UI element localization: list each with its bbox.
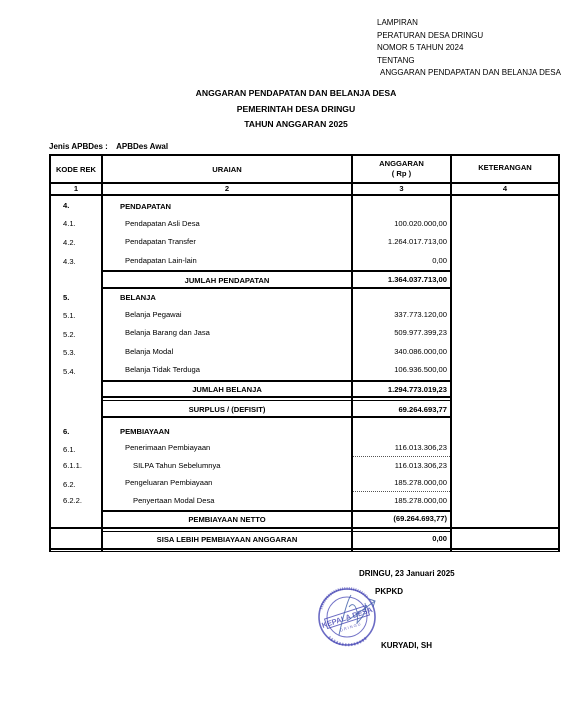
silpa-label: SISA LEBIH PEMBIAYAAN ANGGARAN (103, 535, 351, 545)
item-amount: 185.278.000,00 (353, 478, 447, 488)
attachment-line: TENTANG (377, 55, 561, 68)
code-cell: 5.3. (63, 348, 76, 358)
surplus-amount: 69.264.693,77 (353, 405, 447, 415)
column-number: 4 (452, 184, 558, 194)
item-amount: 340.086.000,00 (353, 347, 447, 357)
item-amount: 337.773.120,00 (353, 310, 447, 320)
item-label: Penyertaan Modal Desa (133, 496, 214, 506)
item-amount: 1.264.017.713,00 (353, 237, 447, 247)
attachment-line: PERATURAN DESA DRINGU (377, 30, 561, 43)
section-heading: PENDAPATAN (120, 202, 171, 212)
surplus-label: SURPLUS / (DEFISIT) (103, 405, 351, 415)
total-label: JUMLAH PENDAPATAN (103, 276, 351, 286)
code-cell: 5.1. (63, 311, 76, 321)
column-number: 2 (103, 184, 351, 194)
code-cell: 4.2. (63, 238, 76, 248)
code-cell: 6.2. (63, 480, 76, 490)
column-divider (101, 154, 103, 552)
header-anggaran: ANGGARAN (353, 159, 450, 169)
dotted-separator (353, 491, 450, 492)
code-cell: 4.1. (63, 219, 76, 229)
code-cell: 6.1.1. (63, 461, 82, 471)
code-cell: 6. (63, 427, 69, 437)
document-title: ANGGARAN PENDAPATAN DAN BELANJA DESA PEM… (0, 86, 582, 133)
item-amount: 116.013.306,23 (353, 443, 447, 453)
signatory-name: KURYADI, SH (381, 641, 432, 650)
section-heading: PEMBIAYAAN (120, 427, 170, 437)
attachment-line: ANGGARAN PENDAPATAN DAN BELANJA DESA (377, 67, 561, 80)
code-cell: 4.3. (63, 257, 76, 267)
attachment-line: LAMPIRAN (377, 17, 561, 30)
row-divider (101, 531, 452, 532)
attachment-header: LAMPIRAN PERATURAN DESA DRINGU NOMOR 5 T… (377, 17, 561, 80)
item-label: Belanja Modal (125, 347, 173, 357)
place-date: DRINGU, 23 Januari 2025 (359, 569, 455, 578)
code-cell: 5.4. (63, 367, 76, 377)
apbdes-type-label: Jenis APBDes : (49, 142, 108, 151)
header-kode: KODE REK (51, 165, 101, 175)
column-number: 3 (353, 184, 450, 194)
section-heading: BELANJA (120, 293, 156, 303)
item-label: SILPA Tahun Sebelumnya (133, 461, 221, 471)
item-amount: 100.020.000,00 (353, 219, 447, 229)
attachment-line: NOMOR 5 TAHUN 2024 (377, 42, 561, 55)
header-keterangan: KETERANGAN (452, 163, 558, 173)
dotted-separator (353, 456, 450, 457)
item-amount: 0,00 (353, 256, 447, 266)
row-divider (49, 527, 560, 529)
table-border (49, 154, 560, 156)
total-amount: 1.294.773.019,23 (353, 385, 447, 395)
signature-block: DRINGU, 23 Januari 2025 PKPKD KURYADI, S… (359, 569, 455, 578)
code-cell: 5. (63, 293, 69, 303)
code-cell: 4. (63, 201, 69, 211)
total-amount: (69.264.693,77) (353, 514, 447, 524)
row-divider (101, 380, 452, 382)
column-number: 1 (51, 184, 101, 194)
row-divider (49, 194, 560, 196)
title-line-3: TAHUN ANGGARAN 2025 (0, 117, 582, 133)
table-border (49, 548, 560, 550)
row-divider (101, 270, 452, 272)
total-amount: 1.364.037.713,00 (353, 275, 447, 285)
code-cell: 6.1. (63, 445, 76, 455)
row-divider (101, 400, 452, 401)
item-label: Belanja Pegawai (125, 310, 182, 320)
apbdes-type-value: APBDes Awal (116, 142, 168, 151)
budget-table: KODE REK URAIAN ANGGARAN ( Rp ) KETERANG… (49, 154, 560, 552)
title-line-1: ANGGARAN PENDAPATAN DAN BELANJA DESA (0, 86, 582, 102)
item-label: Belanja Tidak Terduga (125, 365, 200, 375)
item-label: Pendapatan Lain-lain (125, 256, 197, 266)
title-line-2: PEMERINTAH DESA DRINGU (0, 102, 582, 118)
header-uraian: URAIAN (103, 165, 351, 175)
row-divider (101, 510, 452, 512)
code-cell: 5.2. (63, 330, 76, 340)
signatory-role: PKPKD (375, 587, 403, 596)
item-label: Belanja Barang dan Jasa (125, 328, 210, 338)
item-label: Pengeluaran Pembiayaan (125, 478, 212, 488)
total-label: JUMLAH BELANJA (103, 385, 351, 395)
item-amount: 509.977.399,23 (353, 328, 447, 338)
table-border (49, 551, 560, 552)
row-divider (101, 396, 452, 398)
silpa-amount: 0,00 (353, 534, 447, 544)
item-amount: 185.278.000,00 (353, 496, 447, 506)
row-divider (101, 416, 452, 418)
official-stamp-icon: KEPALA DESA D R I N G U (317, 587, 377, 647)
total-label: PEMBIAYAAN NETTO (103, 515, 351, 525)
item-label: Pendapatan Transfer (125, 237, 196, 247)
item-label: Pendapatan Asli Desa (125, 219, 200, 229)
header-anggaran-unit: ( Rp ) (353, 169, 450, 179)
apbdes-type: Jenis APBDes : APBDes Awal (49, 142, 168, 151)
table-border (49, 154, 51, 552)
item-amount: 106.936.500,00 (353, 365, 447, 375)
table-border (558, 154, 560, 552)
item-label: Penerimaan Pembiayaan (125, 443, 210, 453)
column-divider (450, 154, 452, 552)
code-cell: 6.2.2. (63, 496, 82, 506)
row-divider (101, 287, 452, 289)
item-amount: 116.013.306,23 (353, 461, 447, 471)
